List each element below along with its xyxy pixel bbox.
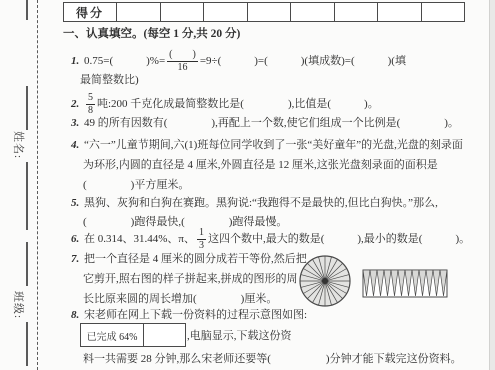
question-8-line-1: 8. 宋老师在网上下载一份资料的过程示意图如图: (71, 308, 307, 322)
question-text: 宋老师在网上下载一份资料的过程示意图如图: (84, 309, 307, 321)
circle-sectors-diagram (296, 252, 354, 310)
question-text: 这四个数中,最大的数是( ),最小的数是( )。 (208, 233, 470, 245)
question-number: 1. (71, 55, 79, 67)
question-text: =9÷( )=( )(填成数)=( )(填 (200, 55, 406, 67)
margin-fill-line (26, 86, 28, 130)
question-text: “六一”儿童节期间,六(1)班每位同学收到了一张“美好童年”的光盘,光盘的刻录面 (84, 139, 463, 151)
score-table-empty-cell (203, 3, 247, 21)
fraction-denominator: 16 (167, 62, 198, 73)
fraction: 13 (197, 228, 206, 251)
question-2: 2. 58吨:200 千克化成最简整数比是( ),比值是( )。 (71, 93, 379, 116)
paper-edge (489, 0, 495, 370)
class-label: 班级: (11, 291, 27, 317)
question-text: 长比原来圆的周长增加( )厘米。 (83, 293, 277, 305)
question-number: 7. (71, 253, 79, 265)
question-number: 3. (71, 117, 79, 129)
question-8-line-2: ,电脑显示,下载这份资 (187, 329, 292, 343)
progress-remaining-cell (143, 324, 185, 346)
fraction-denominator: 8 (86, 105, 95, 116)
progress-completed-label: 已完成 64% (81, 324, 143, 346)
question-number: 6. (71, 233, 79, 245)
question-7-line-3: 长比原来圆的周长增加( )厘米。 (83, 292, 277, 306)
question-text: 49 的所有因数有( ),再配上一个数,使它们组成一个比例是( )。 (84, 117, 459, 129)
question-text: ( )跑得最快,( )跑得最慢。 (83, 216, 287, 228)
question-text: ,电脑显示,下载这份资 (187, 330, 292, 342)
question-5-line-2: ( )跑得最快,( )跑得最慢。 (83, 215, 287, 229)
margin-fill-line (26, 322, 28, 366)
margin-fill-line (26, 162, 28, 230)
question-text: 在 0.314、31.44%、π、 (84, 233, 195, 245)
question-3: 3. 49 的所有因数有( ),再配上一个数,使它们组成一个比例是( )。 (71, 116, 459, 130)
question-text: 料一共需要 28 分钟,那么宋老师还要等( )分钟才能下载完这份资料。 (83, 353, 462, 365)
question-1-line-1: 1. 0.75=( )%=( )16=9÷( )=( )(填成数)=( )(填 (71, 50, 406, 73)
section-heading: 一、认真填空。(每空 1 分,共 20 分) (63, 27, 240, 41)
question-4-line-3: ( )平方厘米。 (83, 178, 189, 192)
question-text: 黑狗、灰狗和白狗在赛跑。黑狗说:“我跑得不是最快的,但比白狗快。”那么, (84, 197, 438, 209)
score-table-empty-cell (160, 3, 204, 21)
question-text: 把一个直径是 4 厘米的圆分成若干等份,然后把 (84, 253, 307, 265)
score-table-empty-cell (116, 3, 160, 21)
fraction-denominator: 3 (197, 240, 206, 251)
question-text: 0.75=( )%= (84, 55, 165, 67)
question-text: 吨:200 千克化成最简整数比是( ),比值是( )。 (97, 98, 379, 110)
question-text: 为环形,内圆的直径是 4 厘米,外圆直径是 12 厘米,这张光盘刻录面的面积是 (83, 159, 438, 171)
fraction-numerator: 1 (197, 228, 206, 240)
fraction-numerator: 5 (86, 93, 95, 105)
question-number: 5. (71, 197, 79, 209)
score-table-empty-cell (334, 3, 378, 21)
question-number: 4. (71, 139, 79, 151)
score-table-empty-cell (377, 3, 421, 21)
fraction: 58 (86, 93, 95, 116)
question-8-line-3: 料一共需要 28 分钟,那么宋老师还要等( )分钟才能下载完这份资料。 (83, 352, 462, 366)
download-progress-bar: 已完成 64% (80, 323, 186, 347)
score-table-empty-cell (247, 3, 291, 21)
question-5-line-1: 5. 黑狗、灰狗和白狗在赛跑。黑狗说:“我跑得不是最快的,但比白狗快。”那么, (71, 196, 438, 210)
question-text: ( )平方厘米。 (83, 179, 189, 191)
student-name-label: 姓名: (11, 131, 27, 157)
score-table: 得分 (63, 2, 465, 22)
question-number: 8. (71, 309, 79, 321)
zigzag-sectors-diagram (362, 268, 448, 299)
fraction-numerator: ( ) (167, 50, 198, 62)
question-7-line-1: 7. 把一个直径是 4 厘米的圆分成若干等份,然后把 (71, 252, 307, 266)
question-1-line-2: 最简整数比) (80, 73, 139, 87)
score-table-empty-cell (421, 3, 465, 21)
question-number: 2. (71, 98, 79, 110)
binding-dashed-line (37, 0, 38, 370)
question-4-line-2: 为环形,内圆的直径是 4 厘米,外圆直径是 12 厘米,这张光盘刻录面的面积是 (83, 158, 438, 172)
score-table-empty-cell (290, 3, 334, 21)
question-4-line-1: 4. “六一”儿童节期间,六(1)班每位同学收到了一张“美好童年”的光盘,光盘的… (71, 138, 463, 152)
question-7-line-2: 它剪开,照右图的样子拼起来,拼成的图形的周 (83, 272, 298, 286)
score-table-label: 得分 (64, 3, 116, 21)
question-text: 它剪开,照右图的样子拼起来,拼成的图形的周 (83, 273, 298, 285)
margin-fill-line (26, 0, 28, 20)
question-6: 6. 在 0.314、31.44%、π、13这四个数中,最大的数是( ),最小的… (71, 228, 470, 251)
margin-fill-line (26, 242, 28, 286)
question-text: 最简整数比) (80, 74, 139, 86)
fraction: ( )16 (167, 50, 198, 73)
